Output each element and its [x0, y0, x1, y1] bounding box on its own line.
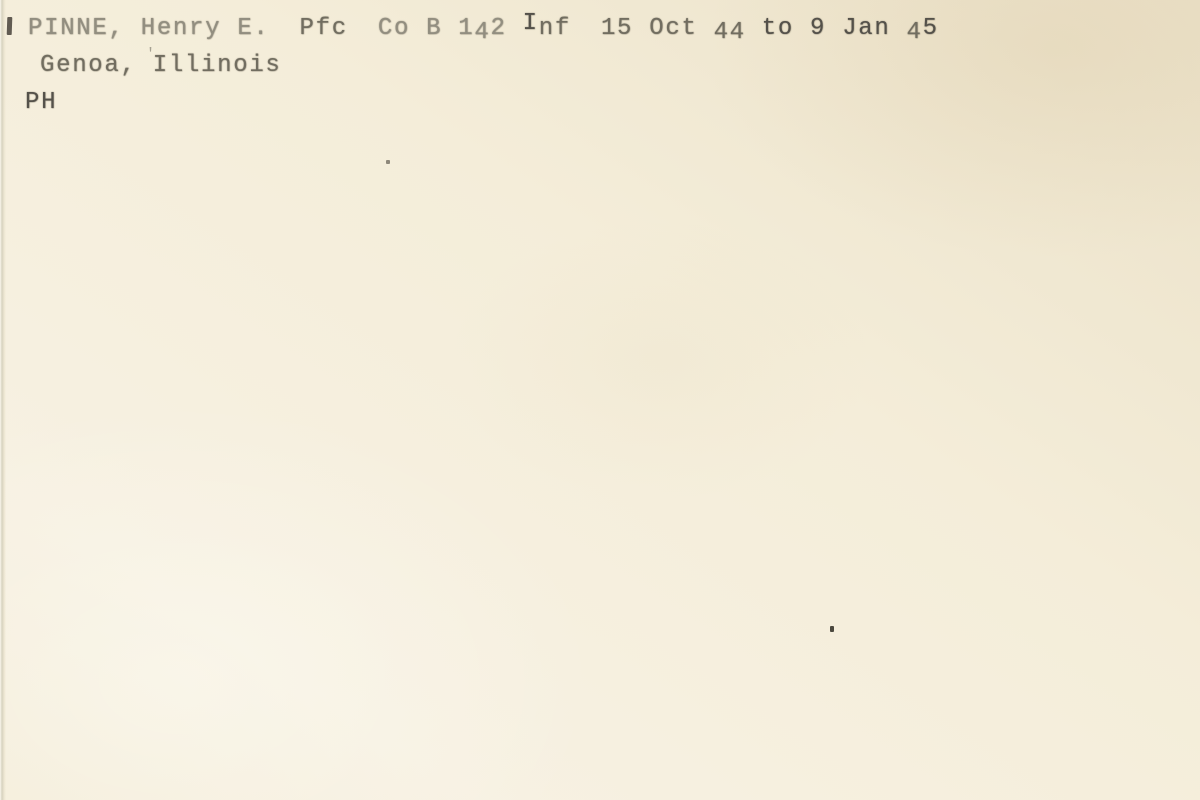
regiment-digit-2: 4	[474, 14, 490, 51]
typewritten-text-block: PINNE, Henry E.PfcCo B142Inf15 Oct44to9 …	[25, 10, 1125, 121]
service-record-line: PINNE, Henry E.PfcCo B142Inf15 Oct44to9 …	[28, 10, 1125, 47]
service-start-date: 15 Oct	[601, 10, 698, 47]
ink-speck	[830, 626, 834, 632]
service-end-date: 9 Jan	[810, 10, 891, 47]
date-range-separator: to	[762, 10, 794, 47]
soldier-name: PINNE, Henry E.	[28, 10, 270, 47]
city-state: Genoa, Illinois	[40, 47, 282, 84]
hometown-line: Genoa, Illinois	[40, 47, 1125, 84]
ink-speck	[386, 160, 390, 164]
award-abbrev: PH	[25, 84, 57, 121]
regiment-digit-1: 1	[458, 10, 474, 47]
scan-edge-mark	[7, 17, 13, 35]
start-year-digit-2: 4	[730, 14, 746, 51]
scanned-index-card: PINNE, Henry E.PfcCo B142Inf15 Oct44to9 …	[0, 0, 1200, 800]
regiment-digit-3: 2	[491, 10, 507, 47]
start-year-digit-1: 4	[714, 14, 730, 51]
award-line: PH	[25, 84, 1125, 121]
stray-typewriter-mark: '	[146, 46, 155, 63]
rank: Pfc	[300, 10, 348, 47]
scan-left-edge	[0, 0, 6, 800]
infantry-abbrev-initial: I	[523, 5, 539, 42]
end-year-digit-1: 4	[907, 14, 923, 51]
company-unit: Co B	[378, 10, 442, 47]
end-year-digit-2: 5	[923, 10, 939, 47]
infantry-abbrev-rest: nf	[539, 10, 571, 47]
